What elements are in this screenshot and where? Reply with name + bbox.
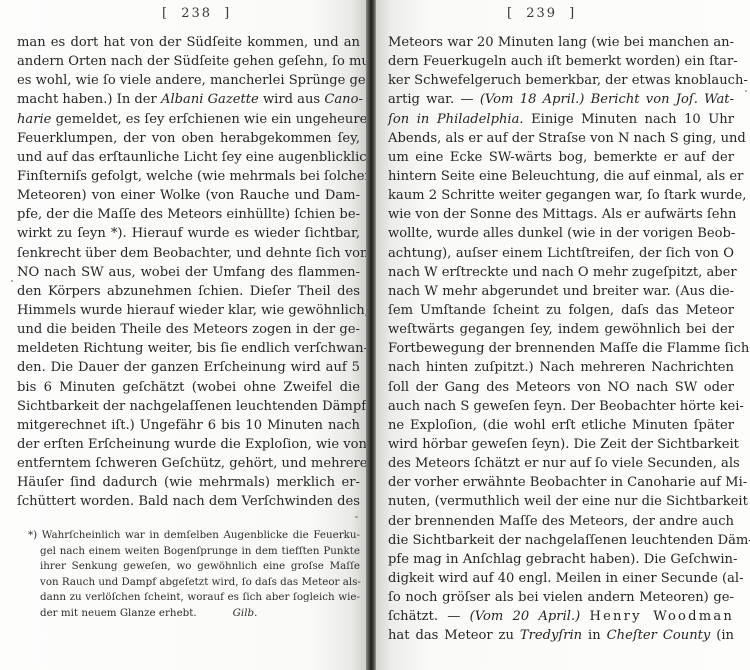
text-line: Abends, als er auf der Straſse von N nac… (388, 129, 734, 148)
text-line: ne Exploſion, (die wohl erſt etliche Min… (388, 416, 734, 435)
left-page-body: man es dort hat von der Südſeite kommen,… (17, 33, 360, 512)
text-line: Himmels wurde hierauf wieder klar, wie g… (17, 301, 360, 320)
text-line: andern Orten nach der Südſeite gehen geſ… (17, 52, 360, 71)
place-name: Cano- (324, 92, 363, 107)
footnote-line: dann zu verlöſchen ſcheint, worauf es ſi… (28, 590, 360, 606)
text-line: pfe, der die Maſſe des Meteors einhüllte… (17, 205, 360, 224)
left-page: [ 238 ] man es dort hat von der Südſeite… (0, 0, 366, 670)
place-name: harie (17, 112, 51, 127)
text-line: nuten, (vermuthlich weil der eine nur di… (388, 492, 734, 511)
text-line: ſoll der Gang des Meteors von NO nach SW… (388, 378, 734, 397)
text-line: der erſten Erſcheinung wurde die Exploſi… (17, 435, 360, 454)
right-page-body: Meteors war 20 Minuten lang (wie bei man… (388, 33, 734, 646)
footnote-line: von Rauch und Dampf abgeſetzt wird, ſo d… (28, 575, 360, 591)
text-line: und auf das erſtaunliche Licht ſey eine … (17, 148, 360, 167)
text-line: meldeten Richtung weiter, bis ſie endlic… (17, 339, 360, 358)
scan-speck (745, 90, 747, 92)
text-line: NO nach SW aus, wobei der Umfang des fla… (17, 263, 360, 282)
footnote-line: *) Wahrſcheinlich war in demſelben Augen… (28, 528, 360, 544)
place-name: Cheſter County (607, 628, 711, 643)
text-line: mitgerechnet iſt.) Ungefähr 6 bis 10 Min… (17, 416, 360, 435)
page-number-238: [ 238 ] (162, 6, 231, 21)
place-name: Tredyſrin (520, 628, 582, 643)
author-location: ſon in Philadelphia. (388, 112, 524, 127)
text-line: Sichtbarkeit der nachgelaſſenen leuchten… (17, 397, 360, 416)
text-line: ker Schwefelgeruch bemerkbar, der etwas … (388, 71, 734, 90)
text-line: bis 6 Minuten geſchätzt (wobei ohne Zwei… (17, 378, 360, 397)
text-line: ſenkrecht über dem Beobachter, und dehnt… (17, 244, 360, 263)
text-line: weſtwärts gegangen ſey, indem gewöhnlich… (388, 320, 734, 339)
text-line: des Meteors ſchätzt er nur auf ſo viele … (388, 454, 734, 473)
footnote-signature: Gilb. (233, 607, 258, 619)
text-line: dern Feuerkugeln auch iſt bemerkt worden… (388, 52, 734, 71)
text-line: der brennenden Maſſe des Meteors, der an… (388, 512, 734, 531)
book-spine-gutter (366, 0, 376, 670)
text-line: nach hinten zuſpitzt.) Nach mehreren Nac… (388, 358, 734, 377)
text-line: wollte, wurde alles dunkel (wie in der v… (388, 224, 734, 243)
text-line: hat das Meteor zu Tredyſrin in Cheſter C… (388, 626, 734, 645)
text-line: hintern Seite eine Beleuchtung, die auf … (388, 167, 734, 186)
footnote-line: ihrer Senkung geweſen, wo gewöhnlich ein… (28, 559, 360, 575)
scan-speck (11, 280, 13, 282)
text-line: um eine Ecke SW-wärts bog, bemerkte er a… (388, 148, 734, 167)
text-line: es wohl, wie ſo viele andere, mancherlei… (17, 71, 360, 90)
text-line: auch nach S geweſen ſeyn. Der Beobachter… (388, 397, 734, 416)
book-spread: [ 238 ] man es dort hat von der Südſeite… (0, 0, 750, 670)
text-line: Häuſer ſind dadurch (wie mehrmals) merkl… (17, 473, 360, 492)
text-line: Feuerklumpen, der von oben herabgekommen… (17, 129, 360, 148)
text-line: kaum 2 Schritte weiter gegangen war, ſo … (388, 186, 734, 205)
text-line: Finſterniſs gefolgt, welche (wie mehrmal… (17, 167, 360, 186)
publication-title: Albani Gazette (161, 92, 259, 107)
text-line: und die beiden Theile des Meteors zogen … (17, 320, 360, 339)
text-line: ſem Umſtande ſcheint zu folgen, daſs das… (388, 301, 734, 320)
text-line: wird hörbar geweſen ſeyn). Die Zeit der … (388, 435, 734, 454)
page-number-239: [ 239 ] (507, 6, 576, 21)
text-line: wirkt zu ſeyn *). Hierauf wurde es wiede… (17, 224, 360, 243)
text-line: macht haben.) In der Albani Gazette wird… (17, 90, 360, 109)
text-line: harie gemeldet, es ſey erſchienen wie ei… (17, 110, 360, 129)
text-line: entferntem ſchweren Geſchütz, gehört, un… (17, 454, 360, 473)
text-line: nach W erſtreckte und nach O mehr zugeſp… (388, 263, 734, 282)
text-line: wie von der Sonne des Mittags. Als er au… (388, 205, 734, 224)
text-line: ſo noch gröſser als bei vielen andern Me… (388, 588, 734, 607)
dated-report-heading: (Vom 18 April.) Bericht von Joſ. Wat- (480, 92, 734, 107)
text-line: die Sichtbarkeit der nachgelaſſenen leuc… (388, 531, 734, 550)
text-line: achtung), auſser einem Lichtſtreifen, de… (388, 244, 734, 263)
scan-speck (355, 516, 358, 518)
text-line: Meteors war 20 Minuten lang (wie bei man… (388, 33, 734, 52)
text-line: den. Die Dauer der ganzen Erſcheinung wi… (17, 358, 360, 377)
text-line: artig war. — (Vom 18 April.) Bericht von… (388, 90, 734, 109)
footnote-marker: *) (28, 529, 37, 541)
text-line: der vorher erwähnte Beobachter in Canoha… (388, 473, 734, 492)
text-line: ſchüttert worden. Bald nach dem Verſchwi… (17, 492, 360, 511)
dated-report-heading: (Vom 20 April.) (470, 609, 581, 624)
text-line: Meteoren) von einer Wolke (von Rauche un… (17, 186, 360, 205)
footnote: *) Wahrſcheinlich war in demſelben Augen… (28, 528, 360, 622)
text-line: man es dort hat von der Südſeite kommen,… (17, 33, 360, 52)
text-line: pfe mag in Anſchlag gebracht haben). Die… (388, 550, 734, 569)
text-line: den Körpers abzunehmen ſchien. Dieſer Th… (17, 282, 360, 301)
footnote-line: der mit neuem Glanze erhebt.Gilb. (28, 606, 360, 622)
text-line: nach W mehr abgerundet und breiter war. … (388, 282, 734, 301)
text-line: Fortbewegung der brennenden Maſſe die Fl… (388, 339, 734, 358)
footnote-line: gel nach einem weiten Bogenſprunge in de… (28, 544, 360, 560)
right-page: [ 239 ] Meteors war 20 Minuten lang (wie… (376, 0, 750, 670)
person-name: Henry Woodman (589, 609, 734, 624)
text-line: ſon in Philadelphia. Einige Minuten nach… (388, 110, 734, 129)
text-line: digkeit wird auf 40 engl. Meilen in eine… (388, 569, 734, 588)
text-line: ſchätzt. — (Vom 20 April.) Henry Woodman (388, 607, 734, 626)
